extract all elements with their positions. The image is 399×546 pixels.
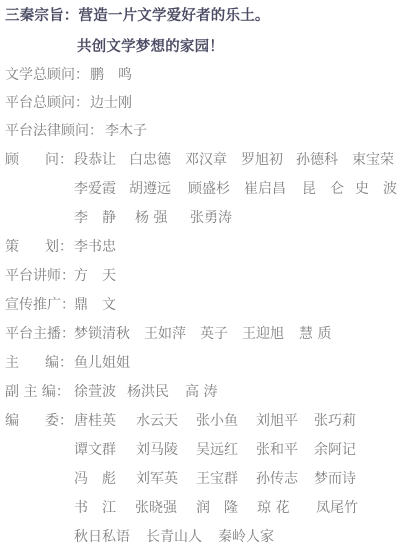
advisor-name: 束宝荣 [352,149,394,169]
advisor-name: 崔启昌 [244,178,286,198]
editor-name: 刘旭平 [256,410,298,430]
anchor-name: 王迎旭 [242,323,284,343]
editor-name: 刘马陵 [136,439,178,459]
label-char: 编 [5,410,19,430]
editor-name: 长青山人 [146,526,202,546]
advisor-name: 罗旭初 [241,149,283,169]
role-name: 李书忠 [74,236,116,256]
advisor-name: 顾盛杉 [188,178,230,198]
editor-name: 张晓强 [135,497,177,517]
advisor-name: 孙德科 [296,149,338,169]
role-name: 鱼儿姐姐 [74,352,130,372]
editor-name: 刘军英 [136,468,178,488]
role-name: 鼎 文 [74,294,116,314]
advisor-name: 邓汉章 [185,149,227,169]
editor-name: 梦而诗 [314,468,356,488]
role-label: 文学总顾问： [5,64,89,84]
deputy-editor-name: 徐萱波 [74,381,116,401]
editor-name: 凤尾竹 [316,497,358,517]
role-label: 宣传推广： [5,294,75,314]
editor-name: 琼 花 [257,497,289,517]
label-char: 策 [5,236,19,256]
mission-line-2: 共创文学梦想的家园！ [77,35,224,56]
editor-name: 书 江 [74,497,116,517]
role-name: 边士刚 [90,92,132,112]
editor-name: 谭文群 [74,439,116,459]
editor-name: 余阿记 [314,439,356,459]
advisor-name: 李 静 [74,207,116,227]
editor-name: 秦岭人家 [218,526,274,546]
label-char: 编： [45,352,73,372]
editor-name: 冯 彪 [74,468,116,488]
editor-name: 润 隆 [196,497,238,517]
advisor-name: 段恭让 [74,149,116,169]
editor-name: 唐桂英 [74,410,116,430]
role-label: 平台主播： [5,323,75,343]
label-char: 顾 [5,149,19,169]
anchor-name: 王如萍 [144,323,186,343]
editor-name: 张和平 [256,439,298,459]
label-char: 委： [45,410,73,430]
mission-line-1: 三秦宗旨：营造一片文学爱好者的乐土。 [5,4,270,25]
advisor-name: 胡遵远 [129,178,171,198]
editor-name: 吴远红 [196,439,238,459]
label-char: 问： [45,149,73,169]
label-char: 主 [5,352,19,372]
label-char: 划： [45,236,73,256]
editor-name: 水云天 [136,410,178,430]
advisor-name: 张勇涛 [190,207,232,227]
role-name: 鹏 鸣 [90,64,132,84]
editor-name: 张巧莉 [314,410,356,430]
anchor-name: 英子 [200,323,228,343]
role-label: 副 主 编： [5,381,70,401]
anchor-name: 慧 质 [299,323,331,343]
deputy-editor-name: 杨洪民 [127,381,169,401]
editor-name: 孙传志 [256,468,298,488]
role-name: 李木子 [105,120,147,140]
role-label: 平台法律顾问： [5,120,103,140]
editor-name: 张小鱼 [196,410,238,430]
advisor-name: 昆 仑 [302,178,344,198]
advisor-name: 李爱霞 [74,178,116,198]
advisor-name: 杨 强 [135,207,167,227]
role-label: 平台总顾问： [5,92,89,112]
editor-name: 秋日私语 [74,526,130,546]
anchor-name: 梦锁清秋 [74,323,130,343]
role-label: 平台讲师： [5,265,75,285]
advisor-name: 白忠德 [129,149,171,169]
role-name: 方 天 [74,265,116,285]
editor-name: 王宝群 [196,468,238,488]
advisor-name: 史 波 [355,178,397,198]
deputy-editor-name: 高 涛 [185,381,217,401]
